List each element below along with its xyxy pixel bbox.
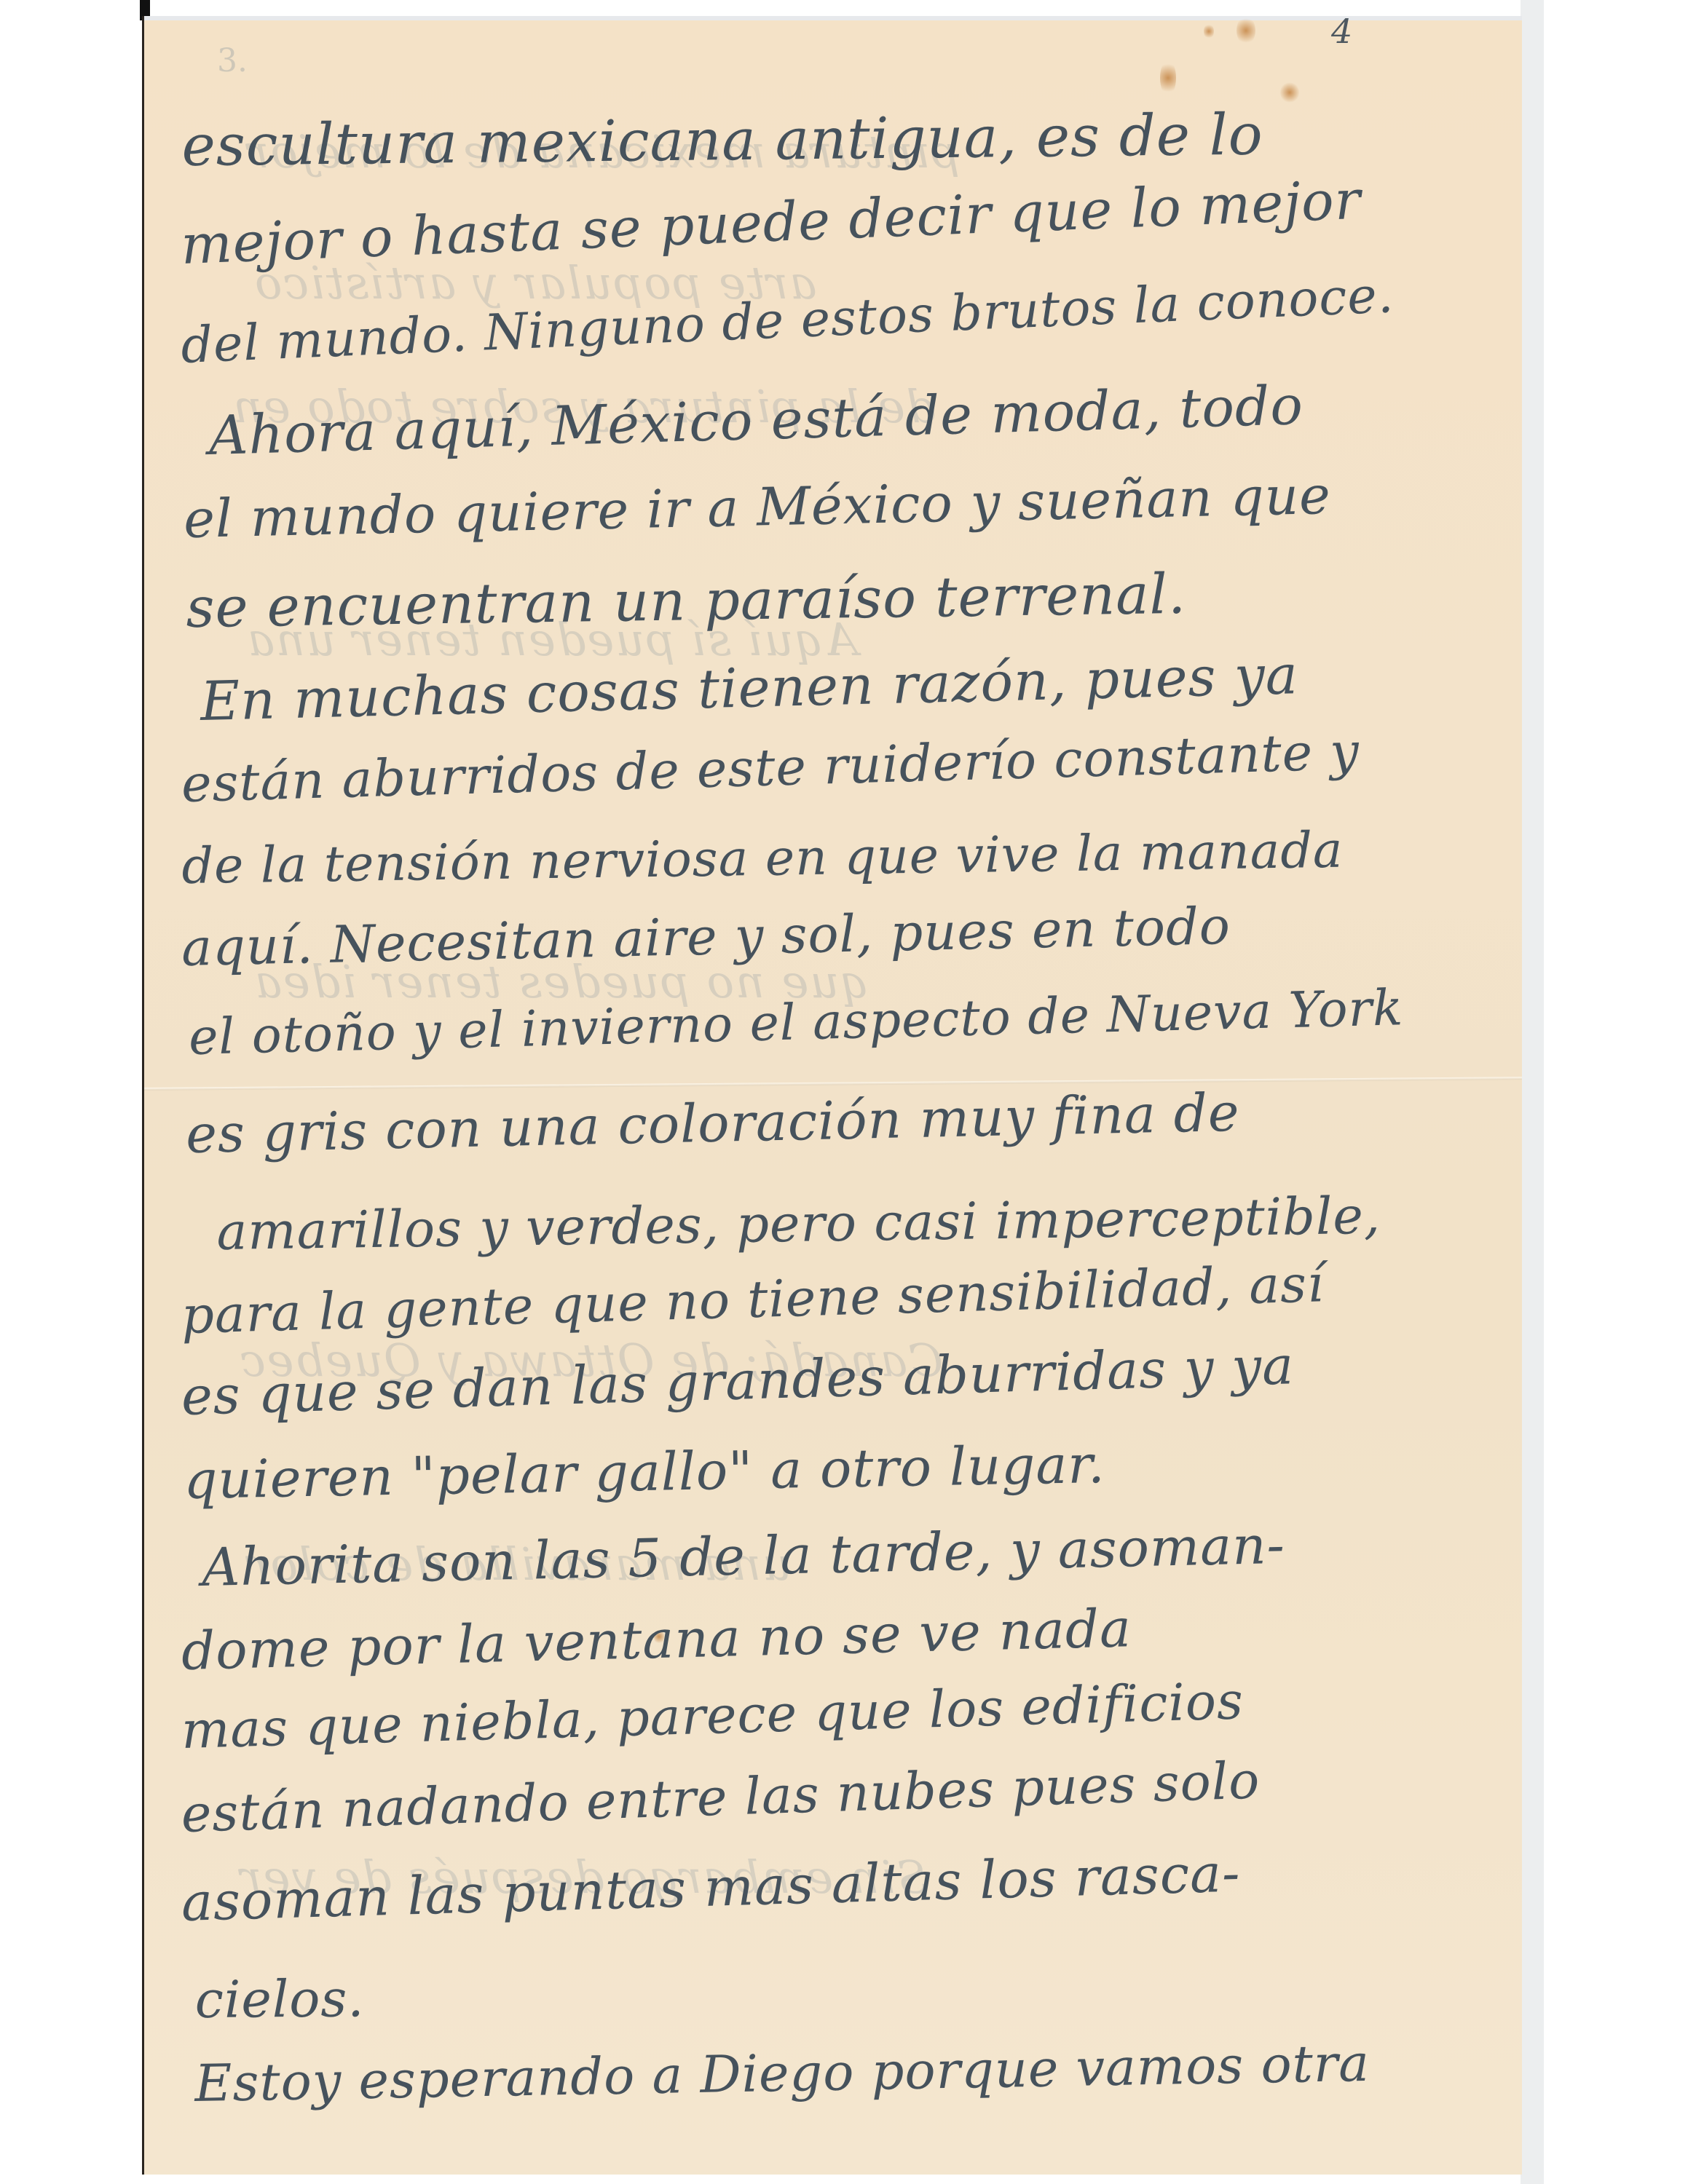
letter-page: pintura mexicana de lo mejor arte popula… [142, 16, 1522, 2175]
letter-line: es que se dan las grandes aburridas y ya [181, 1339, 1295, 1423]
letter-line: Estoy esperando a Diego porque vamos otr… [194, 2038, 1370, 2109]
letter-line: están nadando entre las nubes pues solo [181, 1754, 1261, 1840]
letter-line: escultura mexicana antigua, es de lo [181, 106, 1263, 175]
letter-line: el mundo quiere ir a México y sueñan que [183, 469, 1331, 545]
letter-line: aquí. Necesitan aire y sol, pues en todo [181, 901, 1231, 973]
letter-line: mejor o hasta se puede decir que lo mejo… [180, 173, 1362, 272]
letter-line: asoman las puntas mas altas los rasca- [181, 1846, 1241, 1928]
letter-line: Ahorita son las 5 de la tarde, y asoman- [201, 1519, 1285, 1594]
letter-line: el otoño y el invierno el aspecto de Nue… [188, 984, 1404, 1063]
letter-line: es gris con una coloración muy fina de [185, 1086, 1240, 1160]
letter-line: En muchas cosas tienen razón, pues ya [200, 648, 1299, 729]
letter-line: mas que niebla, parece que los edificios [181, 1675, 1245, 1756]
letter-line: dome por la ventana no se ve nada [181, 1602, 1132, 1677]
letter-line: del mundo. Ninguno de estos brutos la co… [180, 271, 1395, 371]
letter-line: cielos. [195, 1973, 365, 2025]
letter-body: escultura mexicana antigua, es de lo mej… [144, 16, 1522, 2175]
scan-background-strip [1521, 0, 1544, 2184]
letter-line: de la tensión nerviosa en que vive la ma… [181, 826, 1344, 892]
letter-line: quieren "pelar gallo" a otro lugar. [184, 1438, 1106, 1506]
letter-line: Ahora aquí, México está de moda, todo [208, 379, 1304, 463]
letter-line: amarillos y verdes, pero casi impercepti… [216, 1190, 1381, 1257]
letter-line: para la gente que no tiene sensibilidad,… [181, 1258, 1325, 1341]
letter-line: están aburridos de este ruiderío constan… [181, 726, 1360, 810]
letter-line: se encuentran un paraíso terrenal. [186, 566, 1186, 636]
